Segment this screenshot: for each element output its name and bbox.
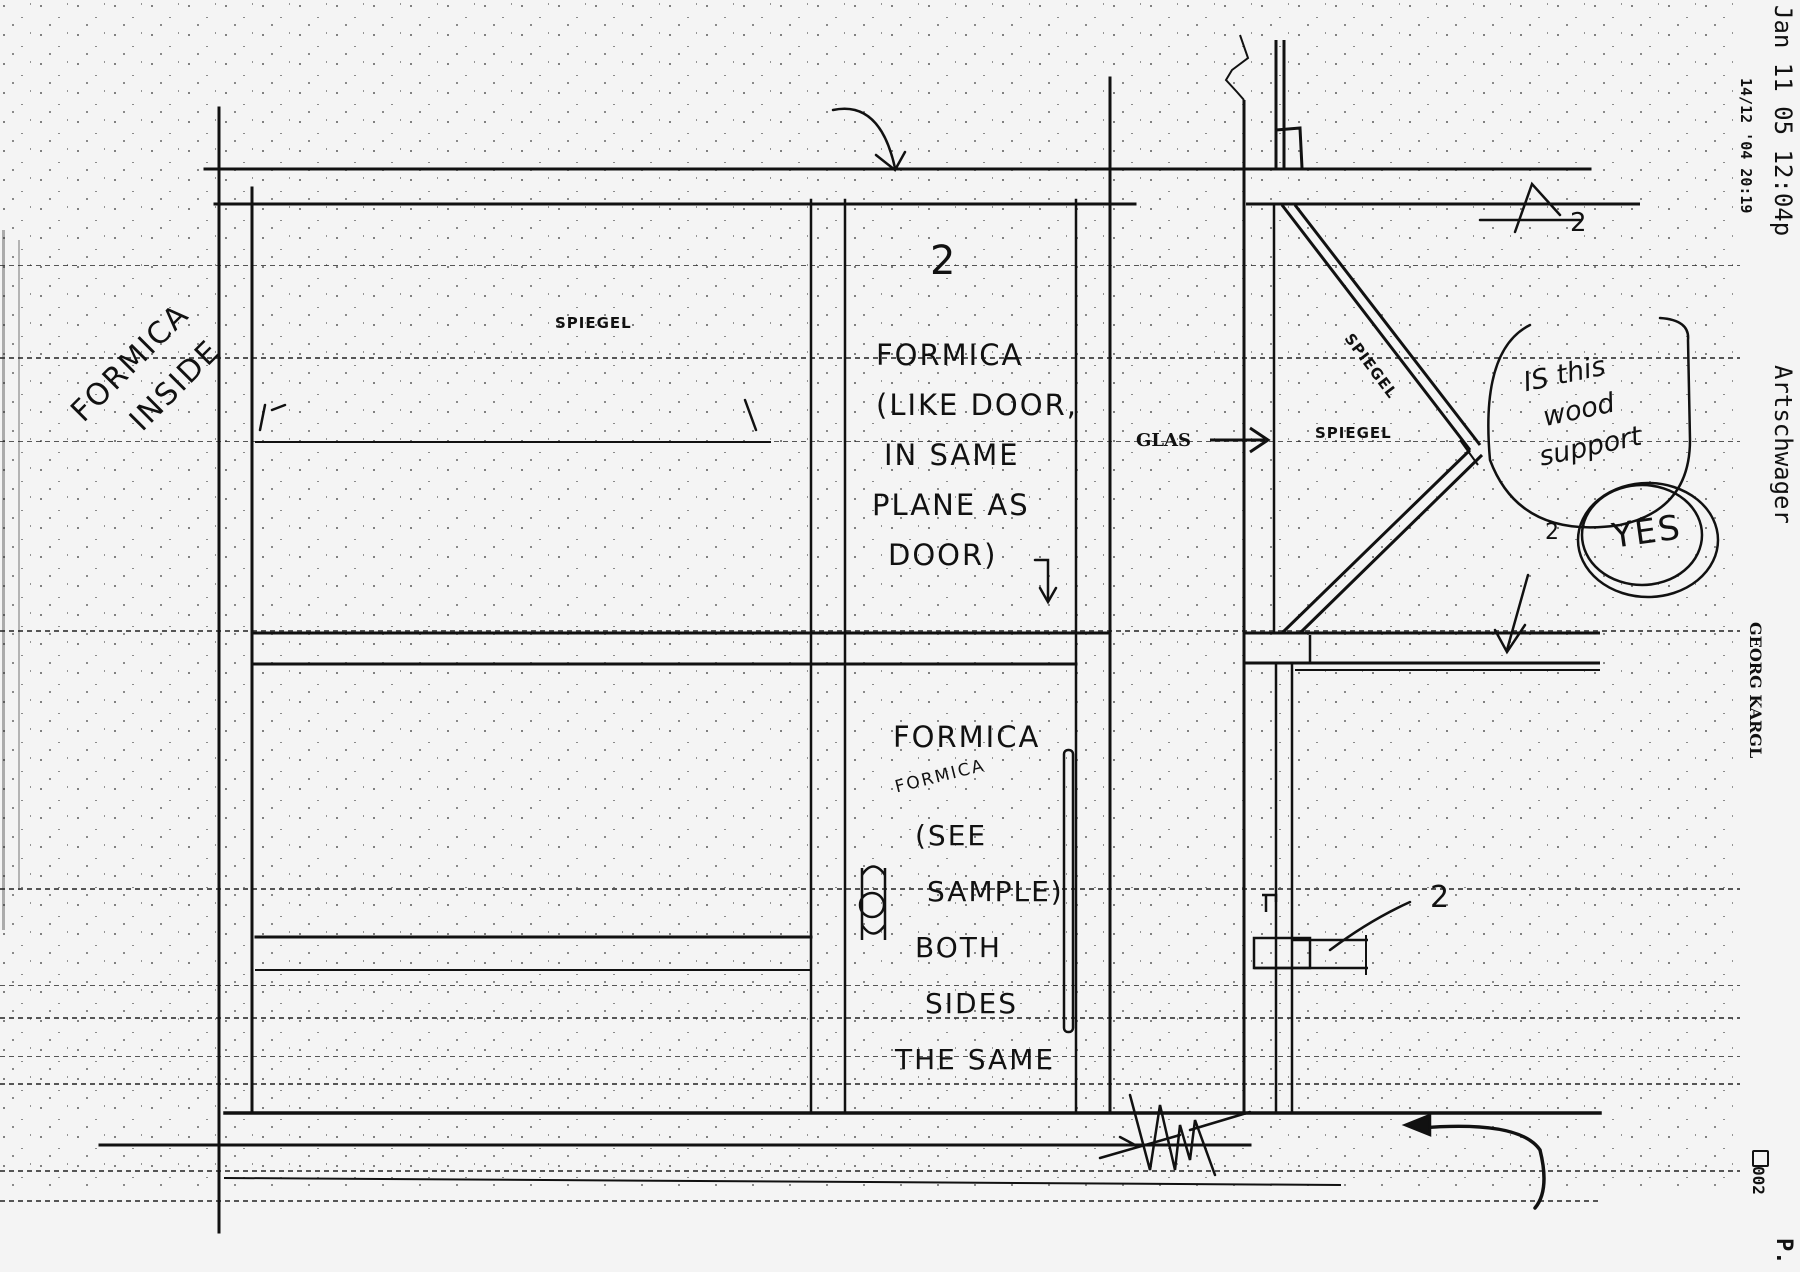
dimension-mark-bottom-right: 2 xyxy=(1430,880,1451,915)
label-glas: GLAS xyxy=(1136,430,1191,451)
note-lower-panel-title: FORMICA xyxy=(893,720,1040,754)
note-upper-panel: FORMICA (LIKE DOOR, IN SAME PLANE AS DOO… xyxy=(876,330,1078,580)
label-spiegel-left: SPIEGEL xyxy=(555,314,632,332)
fax-page-number: 002 xyxy=(1749,1166,1768,1195)
scan-noise xyxy=(0,0,1740,1190)
fax-page-box-icon xyxy=(1752,1150,1769,1167)
fax-recipient: Artschwager xyxy=(1769,365,1797,524)
dimension-mark-top-right: 2 xyxy=(1570,208,1589,238)
fax-sent-timestamp: 14/12 '04 20:19 xyxy=(1737,78,1755,213)
upper-panel-number: 2 xyxy=(930,238,957,284)
fax-received-timestamp: Jan 11 05 12:04p xyxy=(1769,5,1797,236)
fax-sender: GEORG KARGL xyxy=(1746,622,1765,758)
label-spiegel-right: SPIEGEL xyxy=(1315,424,1392,442)
fax-page-marker: P. xyxy=(1771,1238,1796,1265)
note-lower-panel: (SEE SAMPLE) BOTH SIDES THE SAME xyxy=(915,808,1064,1088)
dimension-mark-question: 2 xyxy=(1545,520,1561,545)
